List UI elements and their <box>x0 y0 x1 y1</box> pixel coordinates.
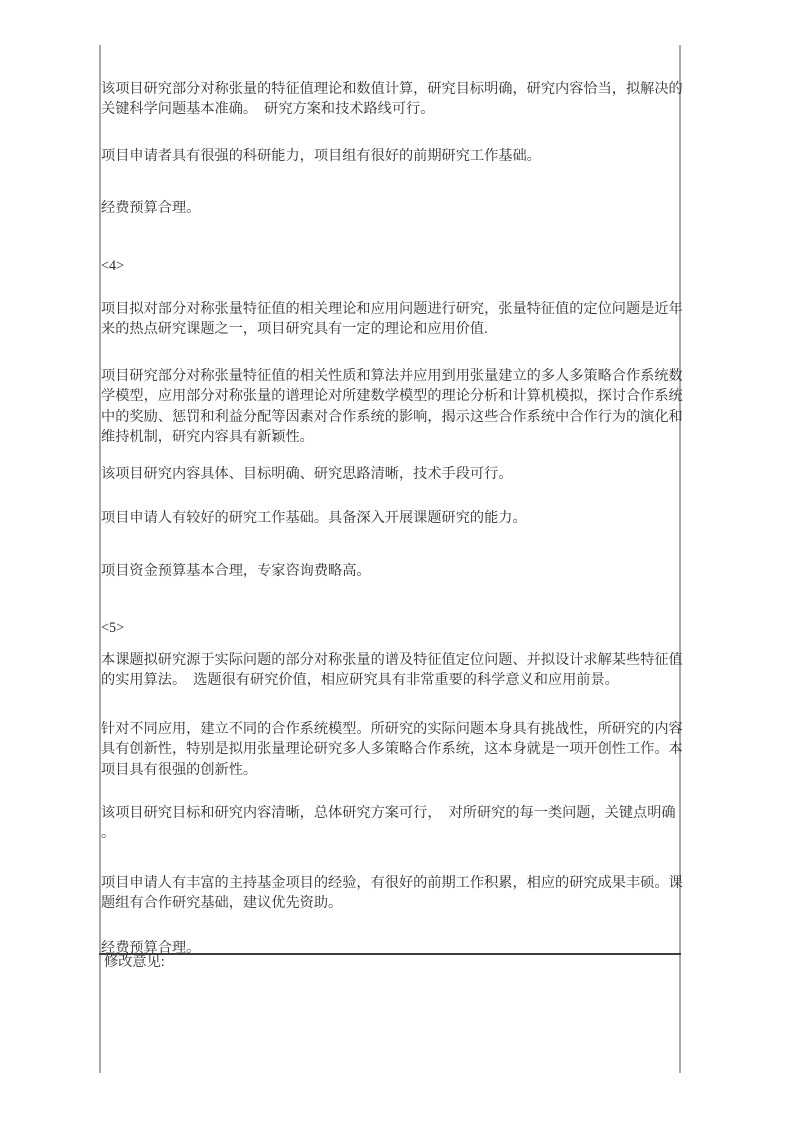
review-paragraph: 项目资金预算基本合理，专家咨询费略高。 <box>101 561 683 581</box>
review-paragraph: 项目研究部分对称张量特征值的相关性质和算法并应用到用张量建立的多人多策略合作系统… <box>101 366 683 448</box>
review-paragraph: 该项目研究内容具体、目标明确、研究思路清晰，技术手段可行。 <box>101 464 683 484</box>
review-paragraph: 经费预算合理。 <box>101 938 683 958</box>
review-paragraph: 该项目研究目标和研究内容清晰，总体研究方案可行， 对所研究的每一类问题，关键点明… <box>101 803 683 844</box>
revision-section-divider <box>99 953 681 955</box>
review-paragraph: 项目申请者具有很强的科研能力，项目组有很好的前期研究工作基础。 <box>101 146 683 166</box>
review-paragraph: 该项目研究部分对称张量的特征值理论和数值计算，研究目标明确，研究内容恰当，拟解决… <box>101 79 683 120</box>
review-paragraph: 项目申请人有较好的研究工作基础。具备深入开展课题研究的能力。 <box>101 508 683 528</box>
review-paragraph: 项目申请人有丰富的主持基金项目的经验，有很好的前期工作积累，相应的研究成果丰硕。… <box>101 873 683 914</box>
document-page: 该项目研究部分对称张量的特征值理论和数值计算，研究目标明确，研究内容恰当，拟解决… <box>0 0 794 1123</box>
revision-comments-label: 修改意见: <box>104 952 165 972</box>
review-paragraph: 针对不同应用，建立不同的合作系统模型。所研究的实际问题本身具有挑战性，所研究的内… <box>101 719 683 780</box>
reviewer-section-marker: <5> <box>101 618 683 638</box>
review-paragraph: 本课题拟研究源于实际问题的部分对称张量的谱及特征值定位问题、并拟设计求解某些特征… <box>101 650 683 691</box>
review-paragraph: 经费预算合理。 <box>101 198 683 218</box>
reviewer-section-marker: <4> <box>101 256 683 276</box>
review-paragraph: 项目拟对部分对称张量特征值的相关理论和应用问题进行研究，张量特征值的定位问题是近… <box>101 299 683 340</box>
